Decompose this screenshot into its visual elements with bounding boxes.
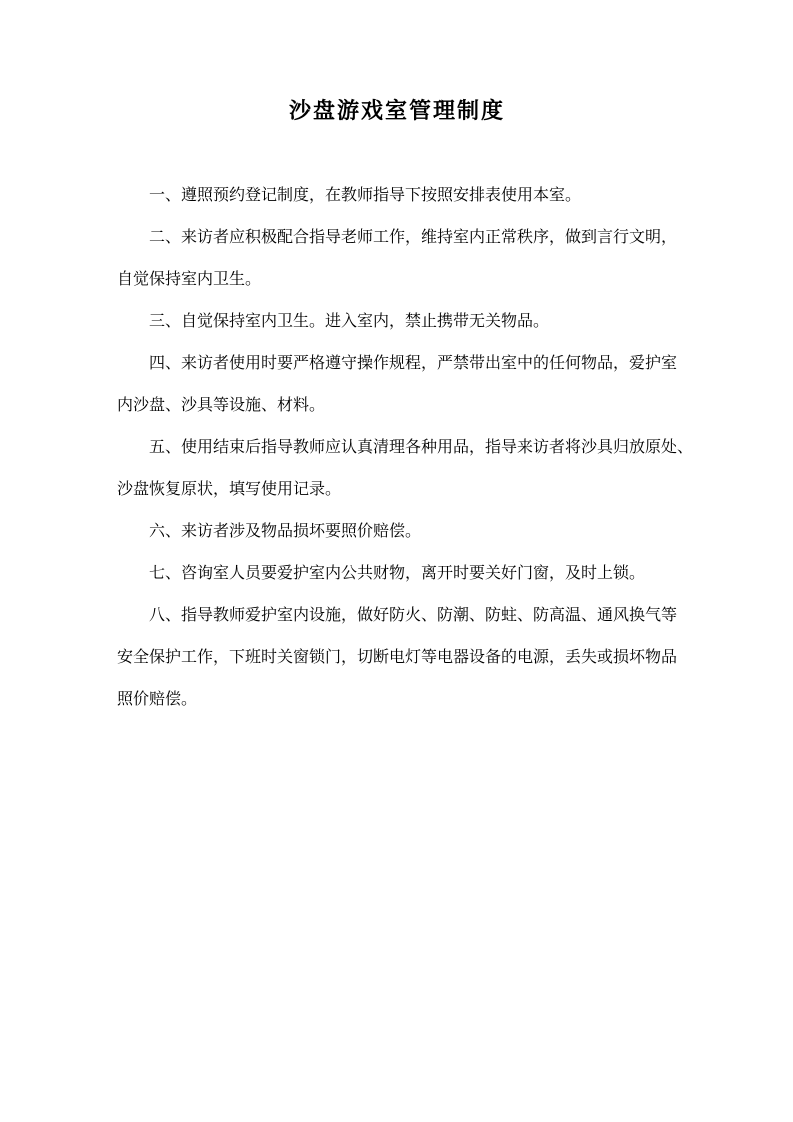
paragraph: 一、遵照预约登记制度，在教师指导下按照安排表使用本室。 <box>117 175 677 217</box>
paragraph-line: 六、来访者涉及物品损坏要照价赔偿。 <box>117 511 677 553</box>
paragraph-line: 七、咨询室人员要爱护室内公共财物，离开时要关好门窗，及时上锁。 <box>117 553 677 595</box>
paragraph-line: 内沙盘、沙具等设施、材料。 <box>117 385 677 427</box>
paragraph: 七、咨询室人员要爱护室内公共财物，离开时要关好门窗，及时上锁。 <box>117 553 677 595</box>
paragraph: 六、来访者涉及物品损坏要照价赔偿。 <box>117 511 677 553</box>
paragraph: 八、指导教师爱护室内设施，做好防火、防潮、防蛀、防高温、通风换气等安全保护工作，… <box>117 595 677 721</box>
paragraph-line: 三、自觉保持室内卫生。进入室内，禁止携带无关物品。 <box>117 301 677 343</box>
paragraph-line: 安全保护工作，下班时关窗锁门，切断电灯等电器设备的电源，丢失或损坏物品 <box>117 637 677 679</box>
document-title: 沙盘游戏室管理制度 <box>117 97 677 125</box>
paragraph-line: 照价赔偿。 <box>117 679 677 721</box>
document-page: 沙盘游戏室管理制度 一、遵照预约登记制度，在教师指导下按照安排表使用本室。二、来… <box>0 0 793 1122</box>
paragraph-line: 沙盘恢复原状，填写使用记录。 <box>117 469 677 511</box>
paragraph-line: 八、指导教师爱护室内设施，做好防火、防潮、防蛀、防高温、通风换气等 <box>117 595 677 637</box>
paragraph: 二、来访者应积极配合指导老师工作，维持室内正常秩序，做到言行文明，自觉保持室内卫… <box>117 217 677 301</box>
paragraph: 五、使用结束后指导教师应认真清理各种用品，指导来访者将沙具归放原处、沙盘恢复原状… <box>117 427 677 511</box>
paragraph-line: 四、来访者使用时要严格遵守操作规程，严禁带出室中的任何物品，爱护室 <box>117 343 677 385</box>
paragraph-line: 自觉保持室内卫生。 <box>117 259 677 301</box>
paragraph: 四、来访者使用时要严格遵守操作规程，严禁带出室中的任何物品，爱护室内沙盘、沙具等… <box>117 343 677 427</box>
paragraph-line: 一、遵照预约登记制度，在教师指导下按照安排表使用本室。 <box>117 175 677 217</box>
paragraph-line: 二、来访者应积极配合指导老师工作，维持室内正常秩序，做到言行文明， <box>117 217 677 259</box>
document-body: 一、遵照预约登记制度，在教师指导下按照安排表使用本室。二、来访者应积极配合指导老… <box>117 175 677 721</box>
paragraph-line: 五、使用结束后指导教师应认真清理各种用品，指导来访者将沙具归放原处、 <box>117 427 677 469</box>
paragraph: 三、自觉保持室内卫生。进入室内，禁止携带无关物品。 <box>117 301 677 343</box>
